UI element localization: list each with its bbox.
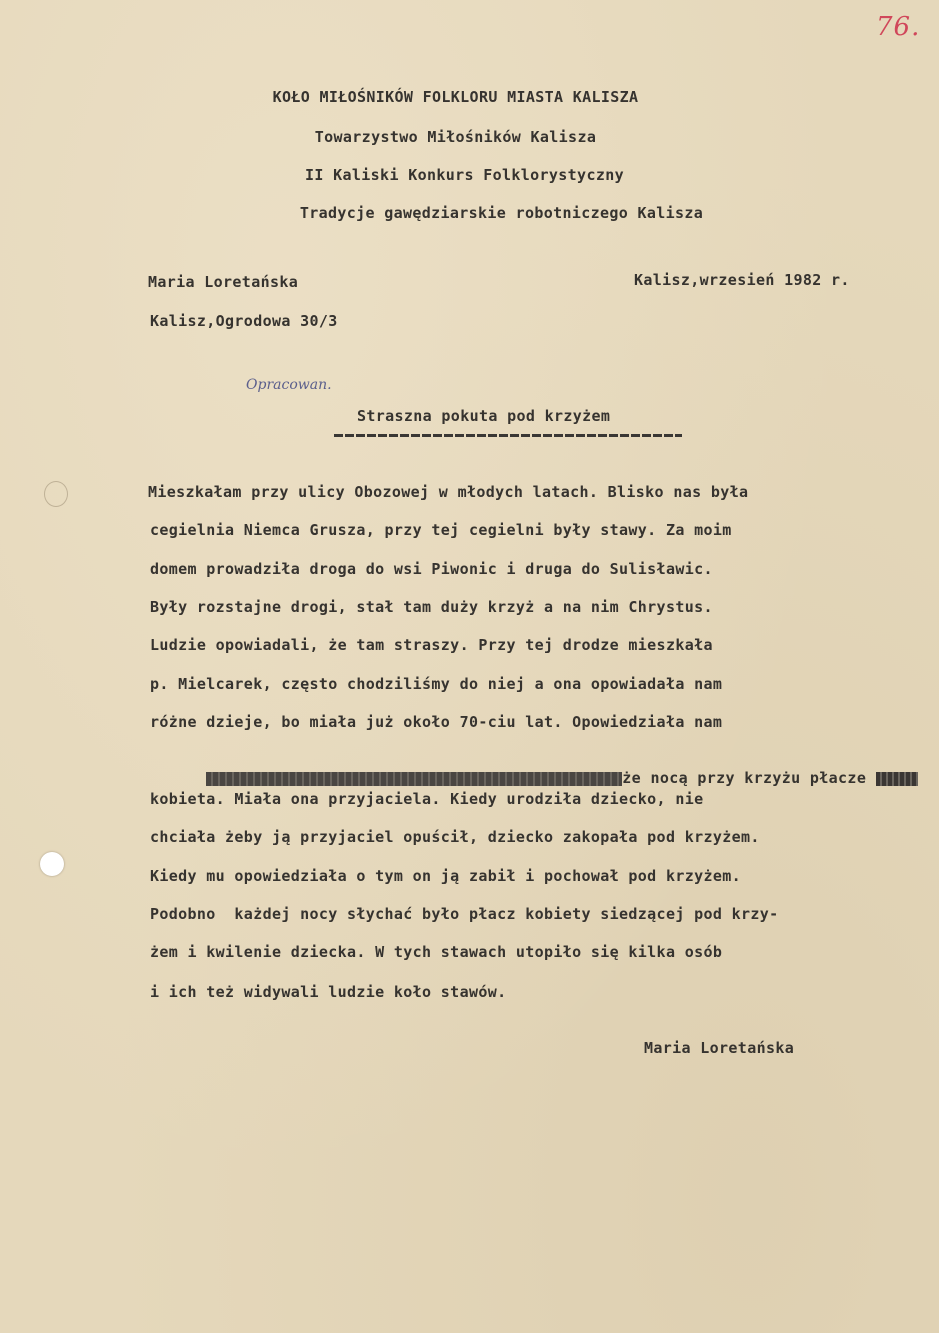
body-line: Kiedy mu opowiedziała o tym on ją zabił … — [150, 867, 741, 885]
body-line: Ludzie opowiadali, że tam straszy. Przy … — [150, 636, 713, 654]
header-theme: Tradycje gawędziarskie robotniczego Kali… — [32, 204, 939, 222]
body-line: Podobno każdej nocy słychać było płacz k… — [150, 905, 779, 923]
body-line: cegielnia Niemca Grusza, przy tej cegiel… — [150, 521, 732, 539]
document-title: Straszna pokuta pod krzyżem — [357, 407, 610, 425]
signature: Maria Loretańska — [644, 1039, 794, 1057]
body-line: chciała żeby ją przyjaciel opuścił, dzie… — [150, 828, 760, 846]
header-contest: II Kaliski Konkurs Folklorystyczny — [0, 166, 934, 184]
header-organization: KOŁO MIŁOŚNIKÓW FOLKLORU MIASTA KALISZA — [0, 88, 925, 106]
body-line: p. Mielcarek, często chodziliśmy do niej… — [150, 675, 722, 693]
handwritten-note: Opracowan. — [246, 377, 332, 393]
struck-out-text — [876, 772, 918, 786]
punch-hole — [40, 852, 64, 876]
title-underline — [334, 434, 682, 437]
body-line-text: że nocą przy krzyżu płacze — [622, 769, 866, 787]
body-line: i ich też widywali ludzie koło stawów. — [150, 983, 506, 1001]
body-line: różne dzieje, bo miała już około 70-ciu … — [150, 713, 722, 731]
body-line: Były rozstajne drogi, stał tam duży krzy… — [150, 598, 713, 616]
body-line: Mieszkałam przy ulicy Obozowej w młodych… — [148, 483, 748, 501]
page-number: 76. — [876, 12, 920, 42]
header-society: Towarzystwo Miłośników Kalisza — [0, 128, 925, 146]
author-address: Kalisz,Ogrodowa 30/3 — [150, 312, 338, 330]
punch-hole-mark — [44, 481, 68, 507]
place-date: Kalisz,wrzesień 1982 r. — [634, 271, 850, 289]
body-line: żem i kwilenie dziecka. W tych stawach u… — [150, 943, 722, 961]
struck-out-text — [206, 772, 622, 786]
author-name: Maria Loretańska — [148, 273, 298, 291]
body-line: kobieta. Miała ona przyjaciela. Kiedy ur… — [150, 790, 703, 808]
body-line: domem prowadziła droga do wsi Piwonic i … — [150, 560, 713, 578]
document-page: 76. KOŁO MIŁOŚNIKÓW FOLKLORU MIASTA KALI… — [0, 0, 939, 1333]
